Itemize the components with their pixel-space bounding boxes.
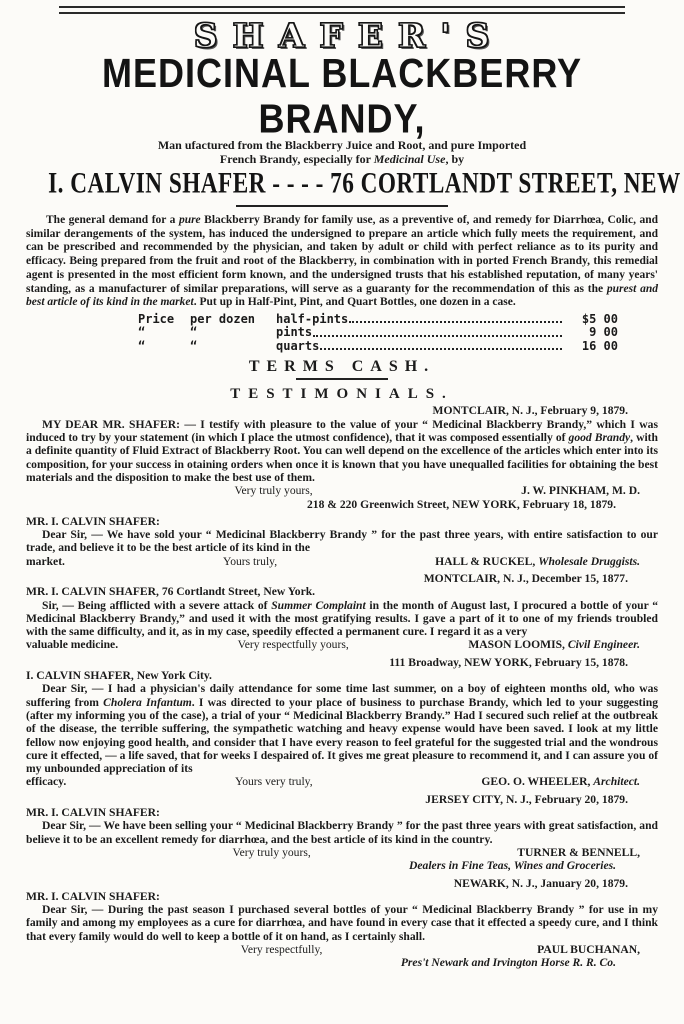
terms-heading: TERMS CASH.	[26, 358, 658, 376]
testimonial-closing: Very respectfully,	[241, 943, 323, 956]
testimonial: NEWARK, N. J., January 20, 1879. MR. I. …	[26, 877, 658, 970]
testimonial-signature-row: Very respectfully, PAUL BUCHANAN,	[26, 943, 658, 956]
testimonial-body-tail: efficacy.	[26, 775, 66, 788]
price-value: 16 00	[566, 340, 618, 354]
testimonial-closing: Very truly yours,	[234, 484, 312, 497]
testimonial: MONTCLAIR, N. J., February 9, 1879. MY D…	[26, 404, 658, 510]
dot-leader	[349, 313, 562, 324]
testimonial-signature-row: Very truly yours, TURNER & BENNELL,	[26, 846, 658, 859]
testimonial-body: Dear Sir, — We have been selling your “ …	[26, 819, 658, 846]
testimonial-closing: Very respectfully yours,	[238, 638, 349, 651]
testimonial-signer: TURNER & BENNELL,	[517, 846, 640, 859]
testimonial-signature-row: efficacy. Yours very truly, GEO. O. WHEE…	[26, 775, 658, 788]
testimonial-dateline: NEWARK, N. J., January 20, 1879.	[26, 877, 658, 890]
testimonial-salutation: MR. I. CALVIN SHAFER:	[26, 806, 658, 819]
testimonial-body: MY DEAR MR. SHAFER: — I testify with ple…	[26, 418, 658, 484]
testimonial-signer: MASON LOOMIS, Civil Engineer.	[468, 638, 640, 651]
price-list: Price per dozen half-pints $5 00 “ “ pin…	[26, 313, 658, 354]
testimonial: MR. I. CALVIN SHAFER: Dear Sir, — We hav…	[26, 515, 658, 568]
price-value: $5 00	[566, 313, 618, 327]
testimonial-postline: 218 & 220 Greenwich Street, NEW YORK, Fe…	[26, 498, 658, 511]
price-item: quarts	[276, 340, 319, 354]
main-title: MEDICINAL BLACKBERRY BRANDY,	[26, 50, 658, 141]
ditto-mark: “	[138, 340, 190, 354]
testimonial-signer: GEO. O. WHEELER, Architect.	[481, 775, 640, 788]
testimonial-salutation: MR. I. CALVIN SHAFER:	[26, 515, 658, 528]
testimonial-signer: J. W. PINKHAM, M. D.	[521, 484, 640, 497]
subtitle-line-2: French Brandy, especially for Medicinal …	[26, 152, 658, 166]
intro-paragraph: The general demand for a pure Blackberry…	[26, 214, 658, 310]
testimonial-salutation: MR. I. CALVIN SHAFER, 76 Cortlandt Stree…	[26, 585, 658, 598]
price-row-quarts: “ “ quarts 16 00	[26, 340, 658, 354]
testimonial-body-tail: valuable medicine.	[26, 638, 118, 651]
terms-rule	[296, 378, 388, 380]
testimonial-signer-title: Wholesale Druggists.	[538, 555, 640, 568]
testimonial-body-tail: market.	[26, 555, 65, 568]
ditto-mark: “	[190, 326, 276, 340]
address-line: I. CALVIN SHAFER - - - - 76 CORTLANDT ST…	[48, 166, 636, 201]
testimonial-signature-row: market. Yours truly, HALL & RUCKEL, Whol…	[26, 555, 658, 568]
price-item: pints	[276, 326, 312, 340]
dot-leader	[313, 326, 562, 337]
testimonial-signature-row: Very truly yours, J. W. PINKHAM, M. D.	[26, 484, 658, 497]
document-page: SHAFER'S MEDICINAL BLACKBERRY BRANDY, Ma…	[0, 0, 684, 1024]
price-row-pints: “ “ pints 9 00	[26, 326, 658, 340]
price-label-a: Price	[138, 313, 190, 327]
testimonial-body: Sir, — Being afflicted with a severe att…	[26, 599, 658, 639]
testimonial-signer: HALL & RUCKEL, Wholesale Druggists.	[435, 555, 640, 568]
testimonial-signer-title-line: Pres't Newark and Irvington Horse R. R. …	[26, 956, 658, 969]
testimonial-salutation: MR. I. CALVIN SHAFER:	[26, 890, 658, 903]
testimonial: MONTCLAIR, N. J., December 15, 1877. MR.…	[26, 572, 658, 652]
testimonial-signer-title-line: Dealers in Fine Teas, Wines and Grocerie…	[26, 859, 658, 872]
price-item: half-pints	[276, 313, 348, 327]
testimonial-signer-title: Architect.	[593, 775, 640, 788]
testimonial-body: Dear Sir, — We have sold your “ Medicina…	[26, 528, 658, 555]
testimonial-closing: Very truly yours,	[233, 846, 311, 859]
testimonial-signature-row: valuable medicine. Very respectfully you…	[26, 638, 658, 651]
testimonials-heading: TESTIMONIALS.	[26, 385, 658, 403]
testimonial-body: Dear Sir, — I had a physician's daily at…	[26, 682, 658, 775]
testimonial-signer: PAUL BUCHANAN,	[537, 943, 640, 956]
dot-leader	[320, 340, 562, 351]
testimonial: 111 Broadway, NEW YORK, February 15, 187…	[26, 656, 658, 789]
ditto-mark: “	[138, 326, 190, 340]
testimonial-salutation: I. CALVIN SHAFER, New York City.	[26, 669, 658, 682]
testimonial-dateline: JERSEY CITY, N. J., February 20, 1879.	[26, 793, 658, 806]
testimonial: JERSEY CITY, N. J., February 20, 1879. M…	[26, 793, 658, 873]
price-label-b: per dozen	[190, 313, 276, 327]
top-double-rule	[59, 6, 625, 14]
testimonial-dateline: MONTCLAIR, N. J., February 9, 1879.	[26, 404, 658, 417]
price-value: 9 00	[566, 326, 618, 340]
address-rule	[236, 205, 448, 207]
testimonial-body: Dear Sir, — During the past season I pur…	[26, 903, 658, 943]
testimonial-closing: Yours very truly,	[235, 775, 313, 788]
ditto-mark: “	[190, 340, 276, 354]
price-row-half-pints: Price per dozen half-pints $5 00	[26, 313, 658, 327]
testimonial-signer-title: Civil Engineer.	[568, 638, 640, 651]
testimonial-dateline: 111 Broadway, NEW YORK, February 15, 187…	[26, 656, 658, 669]
testimonial-dateline: MONTCLAIR, N. J., December 15, 1877.	[26, 572, 658, 585]
testimonial-closing: Yours truly,	[223, 555, 277, 568]
